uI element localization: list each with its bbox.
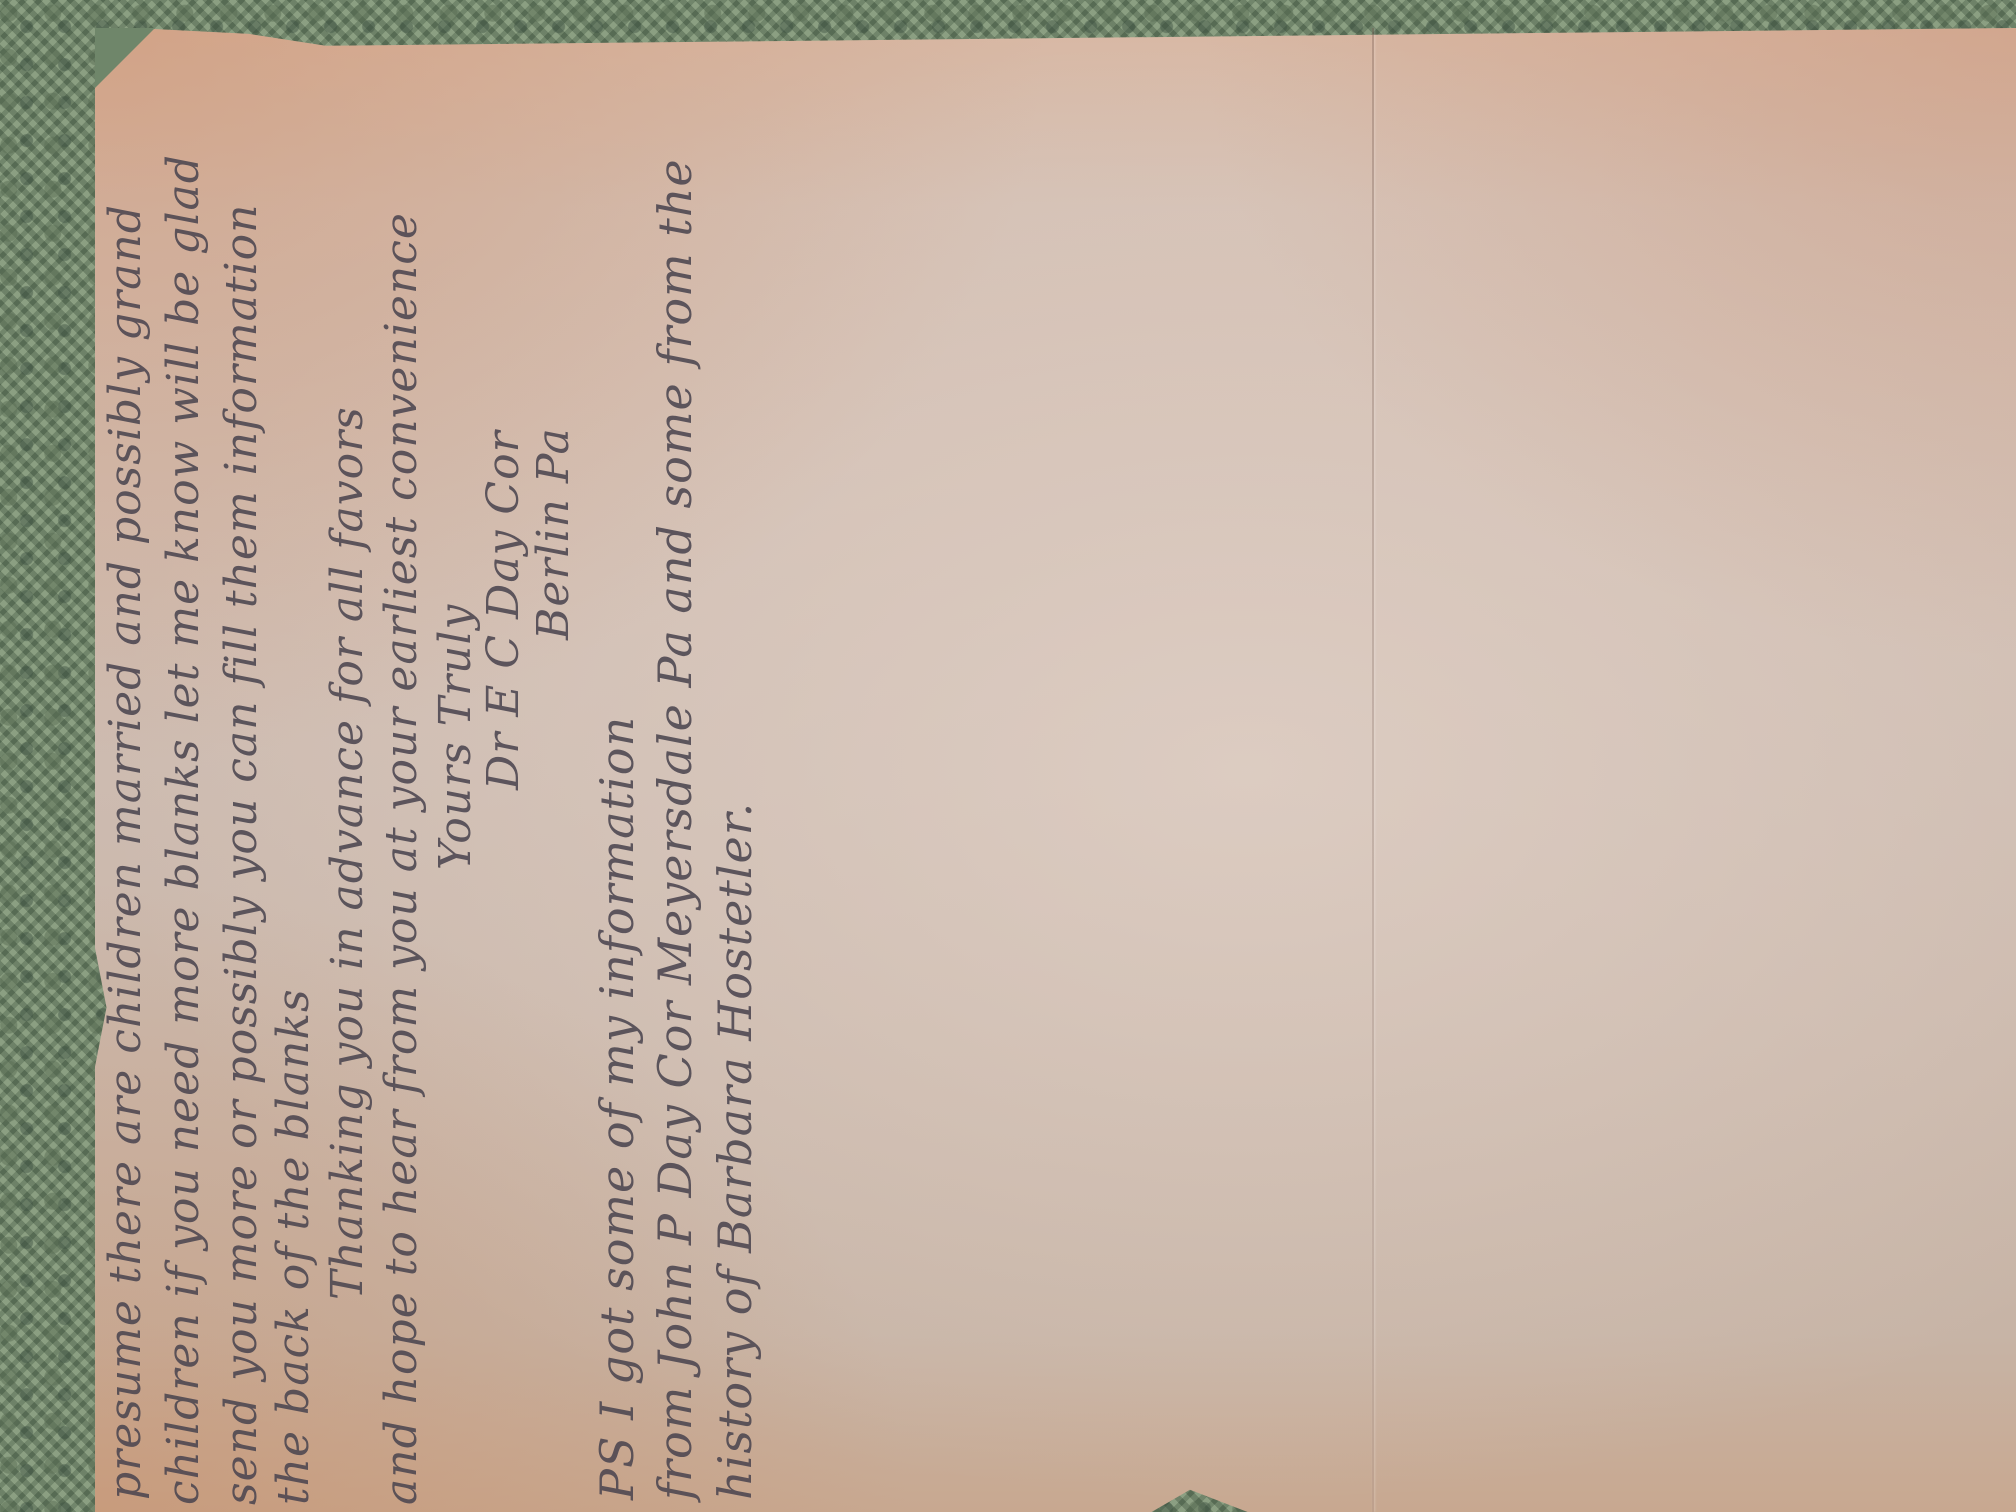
letter-signature: Dr E C Day Cor bbox=[478, 430, 529, 790]
letter-body-line-6: and hope to hear from you at your earlie… bbox=[376, 212, 427, 1505]
letter-body-line-1: presume there are children married and p… bbox=[100, 204, 151, 1500]
letter-body-line-2: children if you need more blanks let me … bbox=[158, 154, 209, 1505]
postscript-line-1: PS I got some of my information bbox=[590, 716, 644, 1500]
letter-signature-location: Berlin Pa bbox=[528, 427, 579, 640]
letter-body-line-3: send you more or possibly you can fill t… bbox=[216, 204, 267, 1505]
postscript-line-3: history of Barbara Hostetler. bbox=[708, 802, 762, 1500]
paper-fold-line bbox=[1372, 28, 1374, 1512]
letter-closing-salutation: Yours Truly bbox=[430, 604, 481, 870]
letter-body-line-4: the back of the blanks bbox=[268, 988, 319, 1505]
letter-body-line-5: Thanking you in advance for all favors bbox=[322, 406, 373, 1300]
postscript-line-2: from John P Day Cor Meyersdale Pa and so… bbox=[648, 158, 702, 1500]
